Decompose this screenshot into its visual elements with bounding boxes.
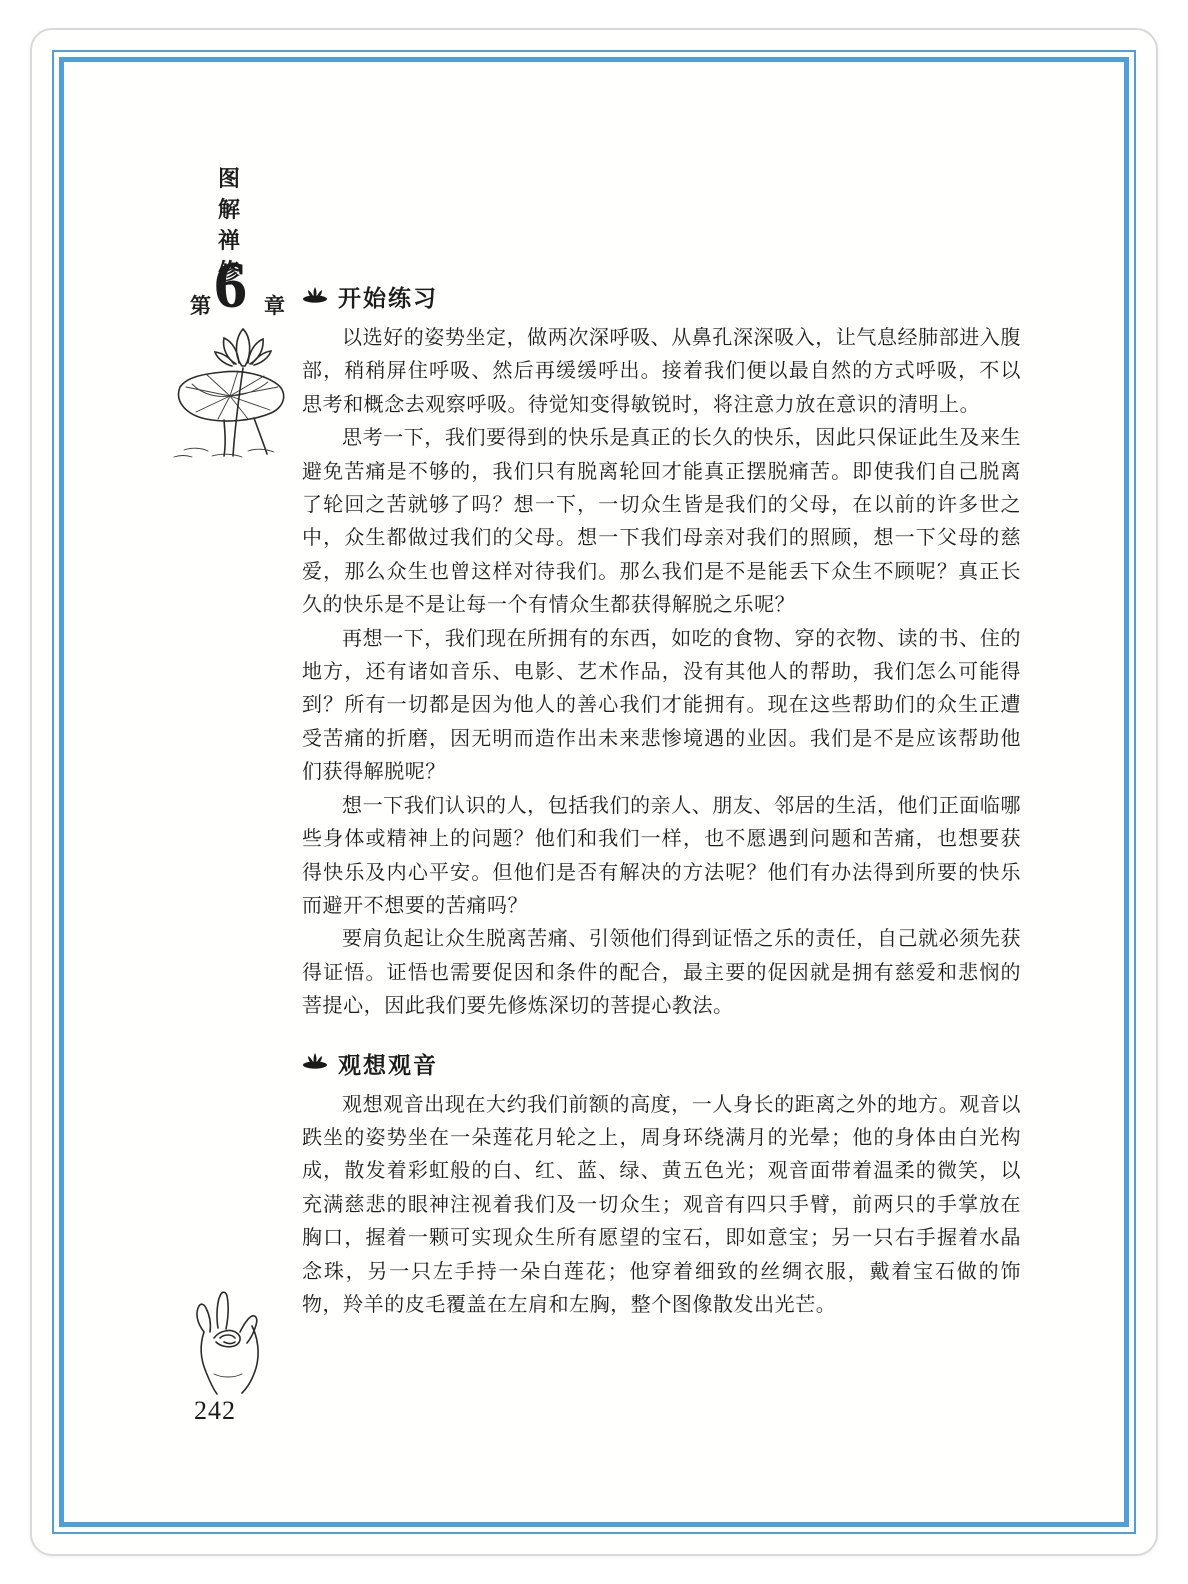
section-heading-practice: 开始练习 [302,280,1021,313]
lotus-illustration [172,324,294,467]
book-page: 图 解 禅 修 第 6 章 [0,0,1188,1584]
section-heading-label: 开始练习 [338,280,438,313]
section-heading-visualize: 观想观音 [302,1047,1021,1080]
chapter-number: 6 [214,248,247,324]
paragraph: 再想一下，我们现在所拥有的东西，如吃的食物、穿的衣物、读的书、住的地方，还有诸如… [302,623,1021,790]
page-number: 242 [194,1396,236,1426]
paragraph: 观想观音出现在大约我们前额的高度，一人身长的距离之外的地方。观音以跌坐的姿势坐在… [302,1089,1021,1323]
chapter-marker: 第 6 章 [184,262,294,326]
mudra-hand-illustration [184,1286,276,1403]
chapter-prefix: 第 [190,290,211,320]
chapter-suffix: 章 [264,290,285,320]
lotus-bullet-icon [302,286,329,308]
paragraph: 思考一下，我们要得到的快乐是真正的长久的快乐，因此只保证此生及来生避免苦痛是不够… [302,422,1021,622]
paragraph: 要肩负起让众生脱离苦痛、引领他们得到证悟之乐的责任，自己就必须先获得证悟。证悟也… [302,923,1021,1023]
book-title-char: 解 [218,199,240,221]
section-heading-label: 观想观音 [338,1047,438,1080]
main-text-column: 开始练习 以选好的姿势坐定，做两次深呼吸、从鼻孔深深吸入，让气息经肺部进入腹部，… [302,280,1021,1322]
paragraph: 想一下我们认识的人，包括我们的亲人、朋友、邻居的生活，他们正面临哪些身体或精神上… [302,790,1021,924]
page-card: 图 解 禅 修 第 6 章 [30,28,1158,1556]
book-title-char: 图 [218,168,240,190]
paragraph: 以选好的姿势坐定，做两次深呼吸、从鼻孔深深吸入，让气息经肺部进入腹部，稍稍屏住呼… [302,322,1021,422]
lotus-bullet-icon [302,1052,329,1074]
